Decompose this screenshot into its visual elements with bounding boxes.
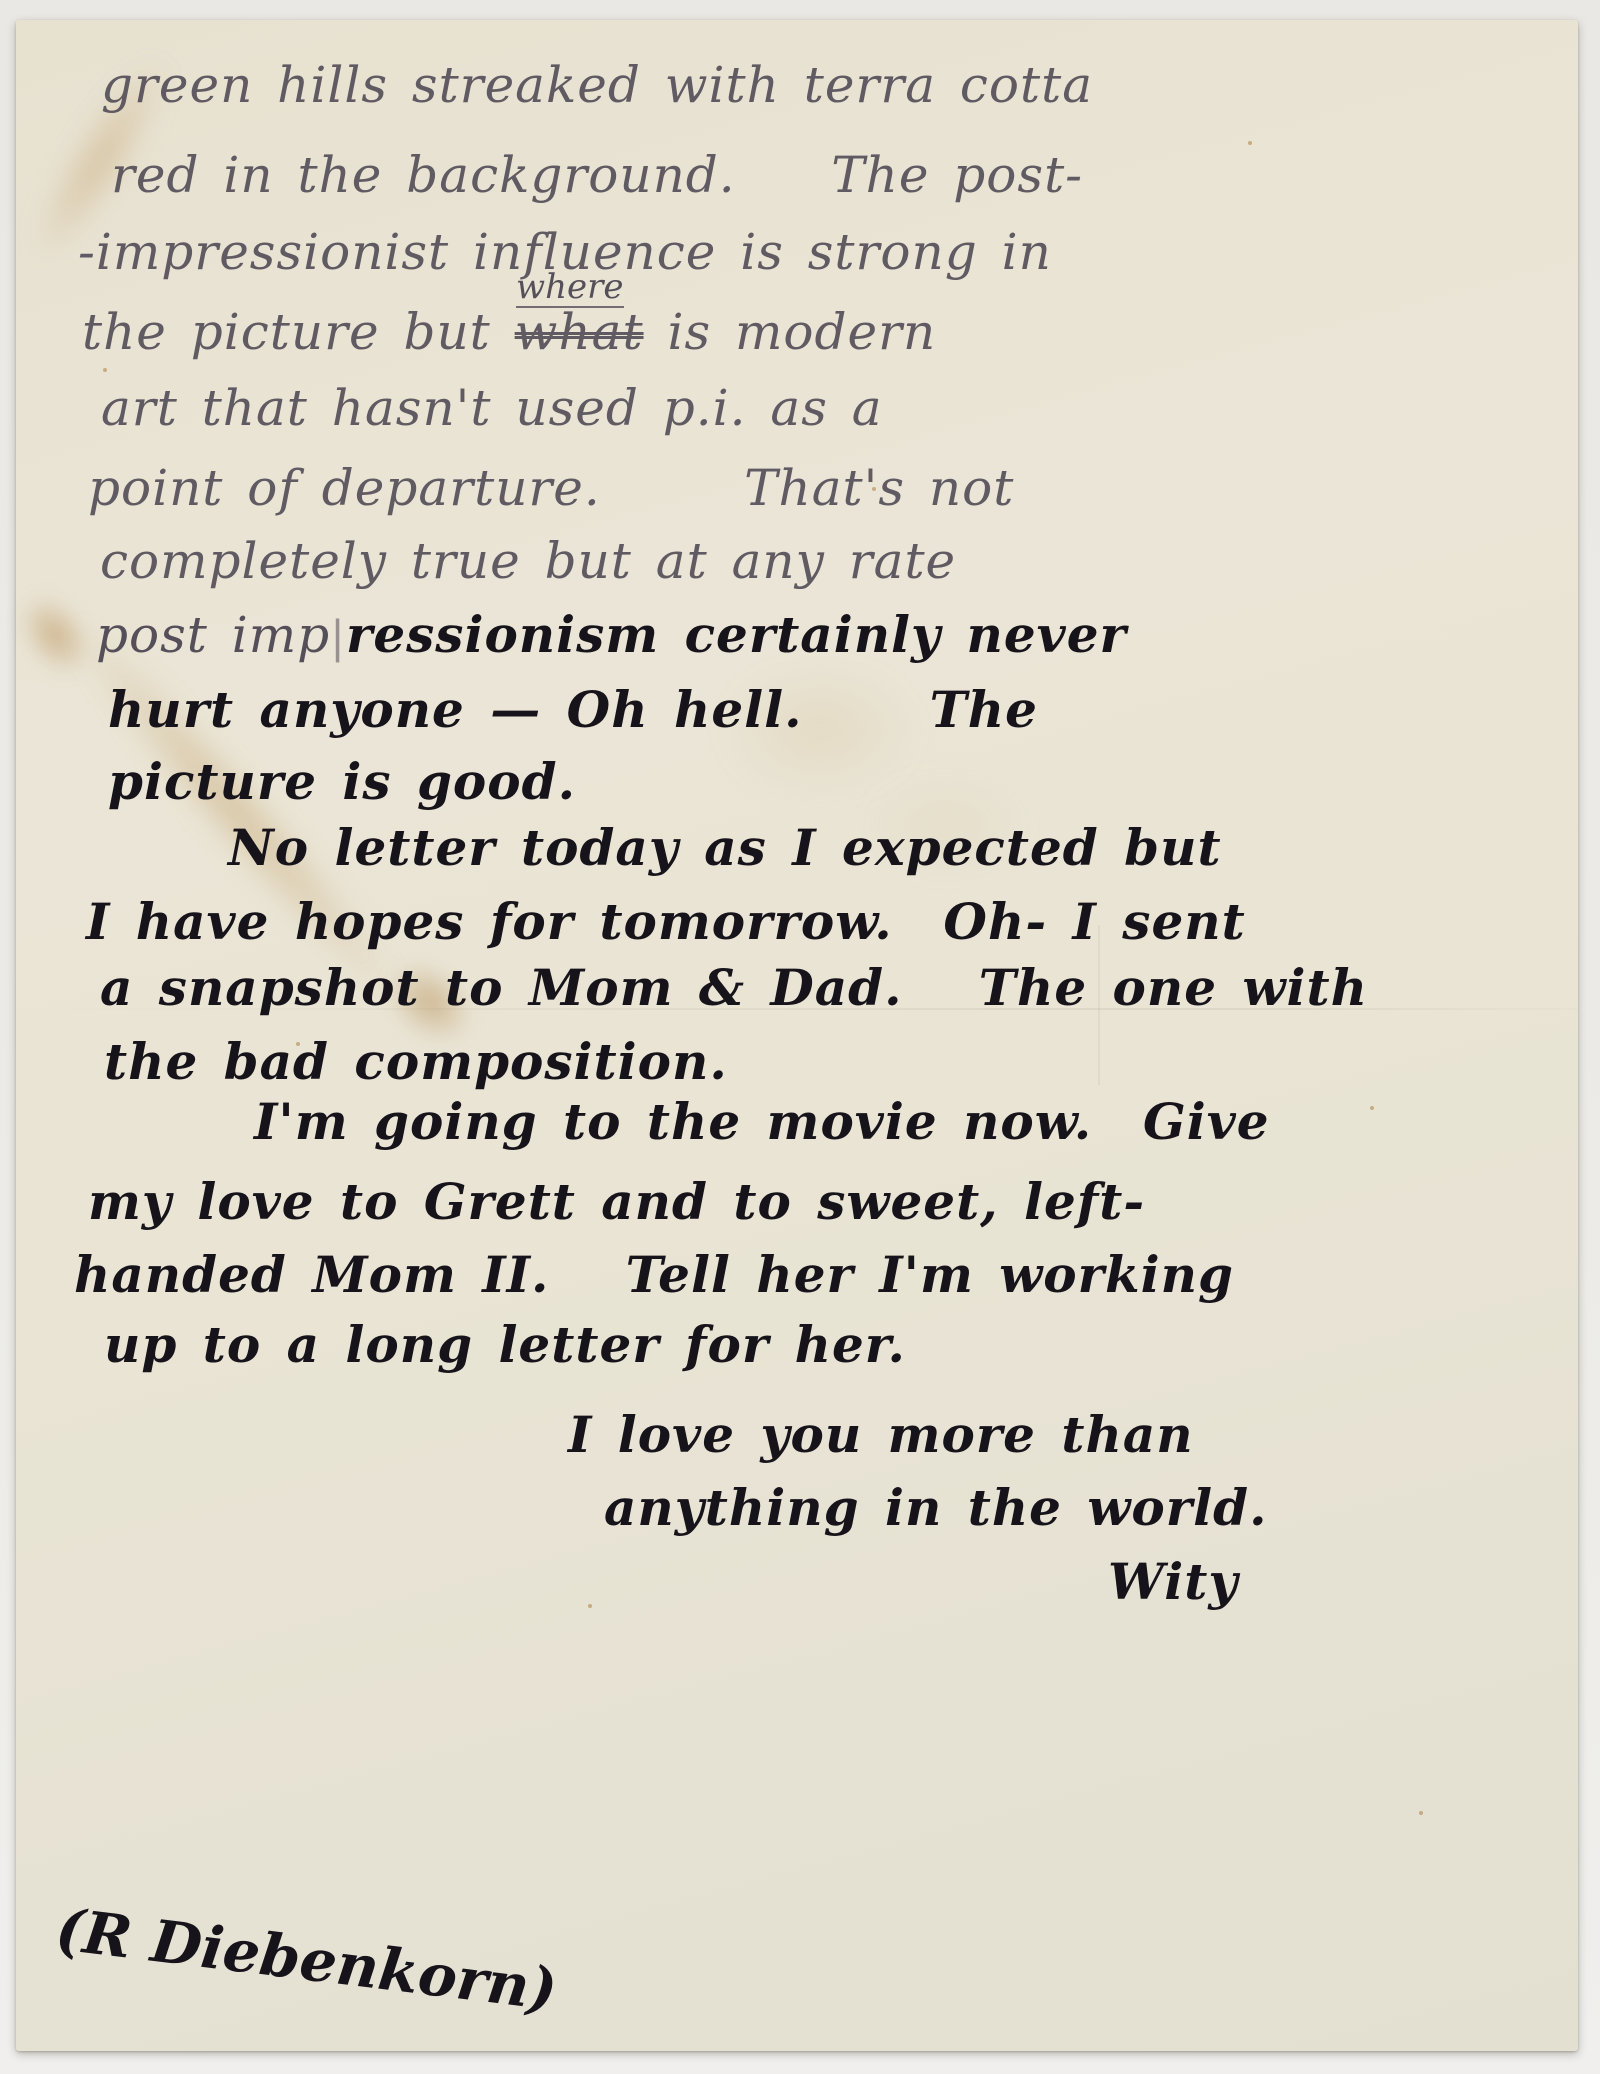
line-pre-text: the picture but <box>82 303 515 361</box>
letter-line: point of departure. That's not <box>88 463 1014 513</box>
paper-speck <box>1419 1811 1423 1815</box>
pen-mark: | <box>330 612 346 663</box>
letter-line: completely true but at any rate <box>100 536 956 586</box>
line-post-text: is modern <box>644 303 937 361</box>
paper-speck <box>1248 141 1252 145</box>
paper-speck <box>103 368 107 372</box>
letter-line: hurt anyone — Oh hell. The <box>108 685 1038 735</box>
letter-line: green hills streaked with terra cotta <box>101 60 1093 110</box>
letter-line: picture is good. <box>108 757 576 807</box>
signature: Wity <box>1108 1557 1238 1607</box>
letter-line: handed Mom II. Tell her I'm working <box>74 1250 1234 1300</box>
letter-line: my love to Grett and to sweet, left- <box>88 1177 1145 1227</box>
bold-ink-text: ressionism certainly never <box>346 605 1127 664</box>
paper-speck <box>588 1604 592 1608</box>
letter-line: I have hopes for tomorrow. Oh- I sent <box>86 897 1246 947</box>
letter-line: up to a long letter for her. <box>104 1320 906 1370</box>
letter-line: the bad composition. <box>104 1037 728 1087</box>
closing-line: I love you more than <box>568 1410 1194 1460</box>
struck-word: what <box>515 303 644 361</box>
letter-line: a snapshot to Mom & Dad. The one with <box>100 963 1368 1013</box>
faded-ink-text: post imp <box>96 606 330 664</box>
letter-line: I'm going to the movie now. Give <box>254 1097 1270 1147</box>
letter-line: red in the background. The post- <box>111 150 1083 200</box>
letter-line-pen-change: post imp|ressionism certainly never <box>96 610 1127 660</box>
closing-line: anything in the world. <box>604 1483 1267 1533</box>
attribution-annotation: (R Diebenkorn) <box>53 1900 560 2019</box>
letter-paper: green hills streaked with terra cotta re… <box>16 20 1578 2051</box>
letter-line: No letter today as I expected but <box>228 823 1222 873</box>
letter-line: art that hasn't used p.i. as a <box>101 383 883 433</box>
letter-line-with-correction: the picture but what is modern <box>82 307 936 357</box>
scanned-letter-page: green hills streaked with terra cotta re… <box>0 0 1600 2074</box>
paper-speck <box>1370 1106 1374 1110</box>
inserted-word: where <box>516 270 624 308</box>
